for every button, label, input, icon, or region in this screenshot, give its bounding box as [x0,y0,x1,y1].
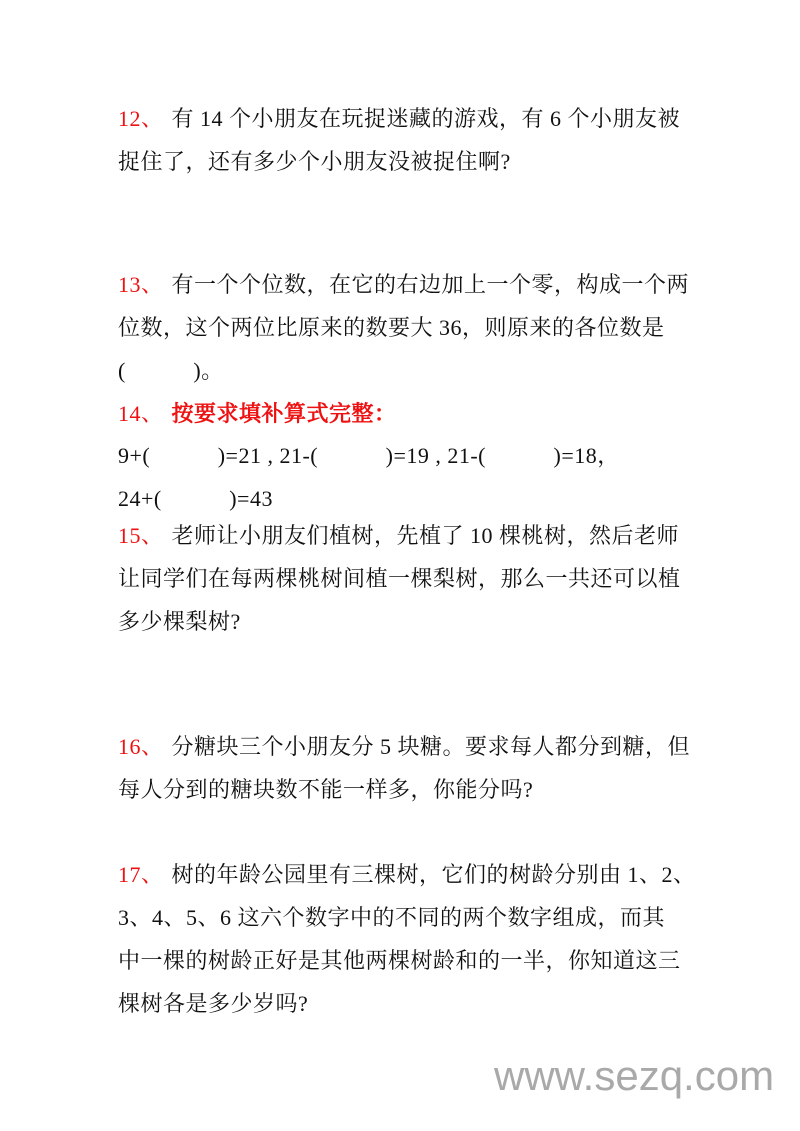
question-16-text: 分糖块三个小朋友分 5 块糖。要求每人都分到糖，但 每人分到的糖块数不能一样多，… [118,734,690,802]
watermark-text: www.sezq.com [494,1052,774,1100]
question-12-number: 12、 [118,106,164,131]
question-14-number: 14、 [118,401,164,426]
question-17-text: 树的年龄公园里有三棵树，它们的树龄分别由 1、2、 3、4、5、6 这六个数字中… [118,862,696,1016]
question-12: 12、有 14 个小朋友在玩捉迷藏的游戏，有 6 个小朋友被 捉住了，还有多少个… [118,97,718,183]
question-15-text: 老师让小朋友们植树，先植了 10 棵桃树，然后老师 让同学们在每两棵桃树间植一棵… [118,523,681,634]
question-17: 17、树的年龄公园里有三棵树，它们的树龄分别由 1、2、 3、4、5、6 这六个… [118,853,718,1025]
question-17-number: 17、 [118,862,164,887]
question-14-heading: 14、按要求填补算式完整： [118,392,718,435]
question-14-equations: 9+( )=21 , 21-( )=19 , 21-( )=18， 24+( )… [118,434,718,520]
question-15: 15、老师让小朋友们植树，先植了 10 棵桃树，然后老师 让同学们在每两棵桃树间… [118,514,718,643]
question-15-number: 15、 [118,523,164,548]
document-page: 12、有 14 个小朋友在玩捉迷藏的游戏，有 6 个小朋友被 捉住了，还有多少个… [0,0,800,1131]
question-14-title: 按要求填补算式完整： [172,401,397,426]
question-13: 13、有一个个位数，在它的右边加上一个零，构成一个两 位数，这个两位比原来的数要… [118,263,718,392]
question-16: 16、分糖块三个小朋友分 5 块糖。要求每人都分到糖，但 每人分到的糖块数不能一… [118,725,718,811]
question-13-number: 13、 [118,272,164,297]
question-12-text: 有 14 个小朋友在玩捉迷藏的游戏，有 6 个小朋友被 捉住了，还有多少个小朋友… [118,106,680,174]
question-16-number: 16、 [118,734,164,759]
question-13-text: 有一个个位数，在它的右边加上一个零，构成一个两 位数，这个两位比原来的数要大 3… [118,272,689,383]
